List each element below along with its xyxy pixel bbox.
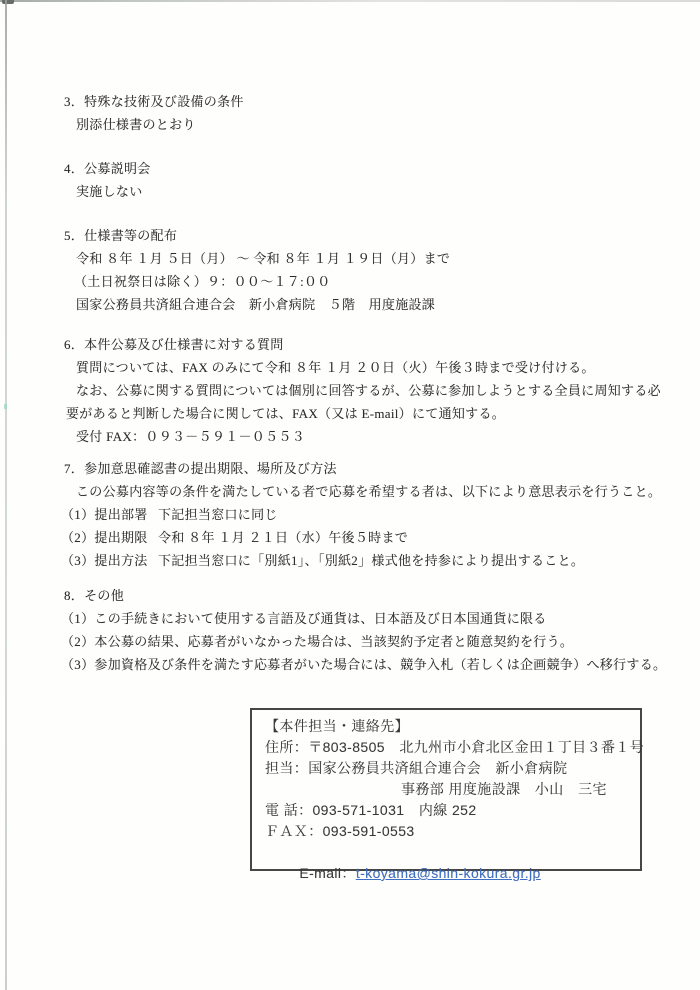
contact-email-label: E-mail： bbox=[299, 865, 355, 881]
section-4-heading: 4．公募説明会 bbox=[64, 157, 700, 180]
section-6-line1: 質問については、FAX のみにて令和 ８年 １月 ２０日（火）午後３時まで受け付… bbox=[76, 356, 700, 379]
section-6-line3: 要があると判断した場合に関しては、FAX（又は E-mail）にて通知する。 bbox=[66, 402, 700, 425]
section-8-item-3: （3）参加資格及び条件を満たす応募者がいた場合には、競争入札（若しくは企画競争）… bbox=[61, 653, 700, 676]
section-3-body: 別添仕様書のとおり bbox=[76, 113, 700, 136]
scanned-document-page: 3．特殊な技術及び設備の条件 別添仕様書のとおり 4．公募説明会 実施しない 5… bbox=[0, 0, 700, 990]
contact-address: 住所：〒803-8505 北九州市小倉北区金田１丁目３番１号 bbox=[265, 737, 628, 758]
section-7-item-2: （2）提出期限 令和 ８年 １月 ２１日（水）午後５時まで bbox=[61, 526, 700, 549]
section-6-fax: 受付 FAX：０９３－５９１－０５５３ bbox=[76, 425, 700, 448]
section-7-item-3: （3）提出方法 下記担当窓口に「別紙1」、「別紙2」様式他を持参により提出するこ… bbox=[61, 549, 700, 572]
contact-box-title: 【本件担当・連絡先】 bbox=[265, 716, 628, 737]
section-5: 5．仕様書等の配布 令和 ８年 １月 ５日（月） ～ 令和 ８年 １月 １９日（… bbox=[0, 224, 700, 316]
scan-corner-mark bbox=[2, 0, 14, 4]
section-7-heading: 7．参加意思確認書の提出期限、場所及び方法 bbox=[64, 457, 700, 480]
item-1-label: （1）提出部署 bbox=[61, 503, 158, 526]
section-6: 6．本件公募及び仕様書に対する質問 質問については、FAX のみにて令和 ８年 … bbox=[0, 333, 700, 448]
section-5-hours: （土日祝祭日は除く）９：００～１７:００ bbox=[74, 270, 700, 293]
contact-staff-dept: 事務部 用度施設課 小山 三宅 bbox=[265, 779, 628, 800]
contact-box: 【本件担当・連絡先】 住所：〒803-8505 北九州市小倉北区金田１丁目３番１… bbox=[250, 708, 642, 871]
section-3: 3．特殊な技術及び設備の条件 別添仕様書のとおり bbox=[0, 90, 700, 136]
section-6-heading: 6．本件公募及び仕様書に対する質問 bbox=[64, 333, 700, 356]
item-2-value: 令和 ８年 １月 ２１日（水）午後５時まで bbox=[158, 526, 408, 549]
item-2-label: （2）提出期限 bbox=[61, 526, 158, 549]
contact-fax: ＦＡＸ：093-591-0553 bbox=[265, 821, 628, 842]
section-3-heading: 3．特殊な技術及び設備の条件 bbox=[64, 90, 700, 113]
section-6-line2: なお、公募に関する質問については個別に回答するが、公募に参加しようとする全員に周… bbox=[76, 379, 700, 402]
section-7: 7．参加意思確認書の提出期限、場所及び方法 この公募内容等の条件を満たしている者… bbox=[0, 457, 700, 572]
document-content: 3．特殊な技術及び設備の条件 別添仕様書のとおり 4．公募説明会 実施しない 5… bbox=[0, 90, 700, 871]
section-5-place: 国家公務員共済組合連合会 新小倉病院 ５階 用度施設課 bbox=[76, 293, 700, 316]
item-3-value: 下記担当窓口に「別紙1」、「別紙2」様式他を持参により提出すること。 bbox=[158, 549, 584, 572]
item-3-label: （3）提出方法 bbox=[61, 549, 158, 572]
contact-staff-org: 担当：国家公務員共済組合連合会 新小倉病院 bbox=[265, 758, 628, 779]
section-8-item-1: （1）この手続きにおいて使用する言語及び通貨は、日本語及び日本国通貨に限る bbox=[61, 607, 700, 630]
section-8-item-2: （2）本公募の結果、応募者がいなかった場合は、当該契約予定者と随意契約を行う。 bbox=[61, 630, 700, 653]
section-7-intro: この公募内容等の条件を満たしている者で応募を希望する者は、以下により意思表示を行… bbox=[76, 480, 700, 503]
contact-email-row: E-mail：t-koyama@shin-kokura.gr.jp bbox=[265, 842, 628, 863]
section-8-heading: 8．その他 bbox=[64, 584, 700, 607]
item-1-value: 下記担当窓口に同じ bbox=[158, 503, 278, 526]
section-5-period: 令和 ８年 １月 ５日（月） ～ 令和 ８年 １月 １９日（月）まで bbox=[76, 247, 700, 270]
section-7-item-1: （1）提出部署 下記担当窓口に同じ bbox=[61, 503, 700, 526]
scan-edge-top bbox=[0, 0, 700, 2]
section-8: 8．その他 （1）この手続きにおいて使用する言語及び通貨は、日本語及び日本国通貨… bbox=[0, 584, 700, 676]
section-5-heading: 5．仕様書等の配布 bbox=[64, 224, 700, 247]
section-4-body: 実施しない bbox=[76, 180, 700, 203]
section-4: 4．公募説明会 実施しない bbox=[0, 157, 700, 203]
contact-tel: 電 話：093-571-1031 内線 252 bbox=[265, 800, 628, 821]
contact-email-link[interactable]: t-koyama@shin-kokura.gr.jp bbox=[356, 865, 541, 881]
